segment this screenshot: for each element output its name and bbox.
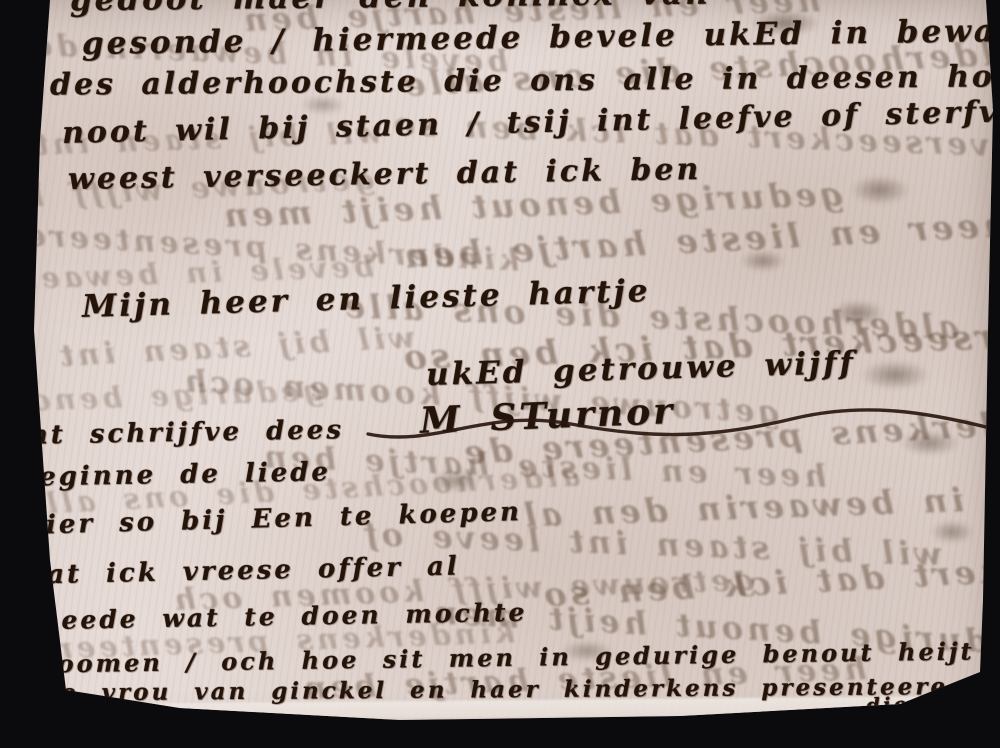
ink-blot: [430, 470, 480, 492]
ink-blot: [740, 250, 786, 272]
letter-postscript-line: de vrou van ginckel en haer kinderkens p…: [42, 675, 1000, 705]
letter-closing: ukEd getrouwe wijff: [426, 348, 857, 391]
ink-blot: [850, 175, 910, 205]
ink-blot: [930, 520, 974, 544]
ink-blot: [860, 360, 930, 390]
ink-blot: [830, 300, 885, 326]
paper-sheet: heer en lieste hartje benbevele in bewae…: [0, 0, 1000, 748]
letter-body-line: des alderhoochste die ons alle in deesen…: [50, 61, 1000, 100]
letter-postscript-line: dienst: [866, 692, 954, 715]
closing-dash-flourish: [868, 716, 988, 722]
letter-postscript-line: int schrijfve dees: [16, 417, 344, 449]
scanned-letter: heer en lieste hartje benbevele in bewae…: [0, 0, 1000, 748]
signature-flourish: [366, 404, 994, 446]
letter-postscript-line: beginne de liede: [18, 459, 331, 490]
